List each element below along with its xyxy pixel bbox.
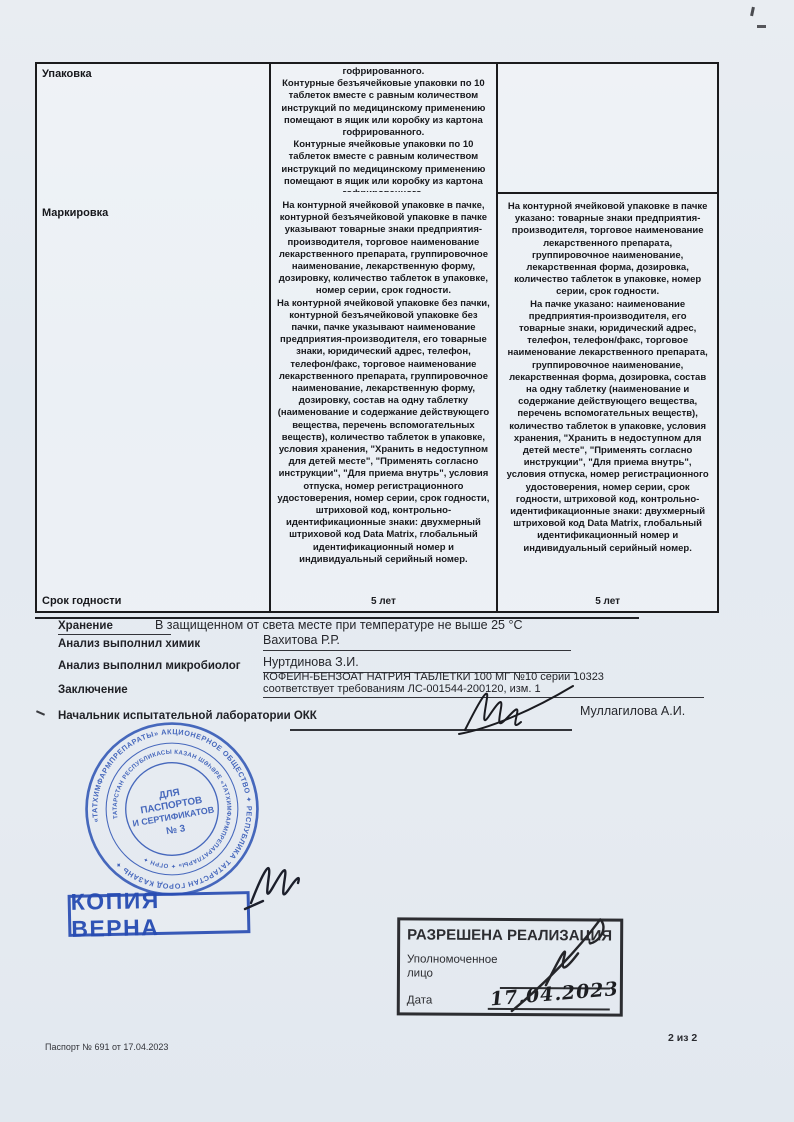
release-approved-stamp: РАЗРЕШЕНА РЕАЛИЗАЦИЯ Уполномоченное лицо… — [397, 917, 624, 1016]
handwritten-initials — [243, 851, 318, 913]
passport-number-footer: Паспорт № 691 от 17.04.2023 — [45, 1042, 168, 1052]
shelf-life-value-middle: 5 лет — [277, 596, 491, 608]
row-label-marking: Маркировка — [42, 207, 108, 219]
scanned-quality-passport-page: Упаковка Маркировка Срок годности гофрир… — [0, 0, 794, 1122]
scan-speck — [757, 25, 766, 28]
packaging-text-middle: гофрированного. Контурные безъячейковые … — [277, 66, 491, 192]
storage-label: Хранение — [58, 620, 171, 635]
spec-table-right-column: На контурной ячейковой упаковке в пачке … — [496, 64, 717, 611]
marking-text-right: На контурной ячейковой упаковке в пачке … — [504, 201, 711, 555]
stamp-center-line4: № 3 — [165, 823, 186, 837]
page-number: 2 из 2 — [668, 1032, 697, 1044]
storage-value: В защищенном от света месте при температ… — [155, 618, 522, 632]
spec-table-middle-column: гофрированного. Контурные безъячейковые … — [269, 64, 497, 611]
spec-table-label-column: Упаковка Маркировка Срок годности — [37, 64, 269, 611]
shelf-life-value-right: 5 лет — [504, 596, 711, 608]
chemist-name: Вахитова Р.Р. — [263, 633, 571, 651]
spec-table: Упаковка Маркировка Срок годности гофрир… — [35, 62, 719, 613]
row-label-packaging: Упаковка — [42, 68, 92, 80]
row-label-shelf-life: Срок годности — [42, 595, 121, 607]
microbiologist-label: Анализ выполнил микробиолог — [58, 660, 241, 672]
handwritten-signature — [455, 676, 585, 736]
empty-cell — [498, 64, 717, 194]
release-date-label: Дата — [407, 994, 433, 1006]
handwritten-signature-flourish — [450, 913, 621, 1024]
scan-speck — [750, 7, 755, 16]
chemist-label: Анализ выполнил химик — [58, 638, 200, 650]
lab-head-name: Муллагилова А.И. — [580, 704, 685, 718]
conclusion-label: Заключение — [58, 684, 128, 696]
copy-verna-stamp: КОПИЯ ВЕРНА — [68, 891, 251, 937]
pen-tick — [36, 710, 45, 715]
marking-text-middle: На контурной ячейковой упаковке в пачке,… — [277, 200, 491, 566]
